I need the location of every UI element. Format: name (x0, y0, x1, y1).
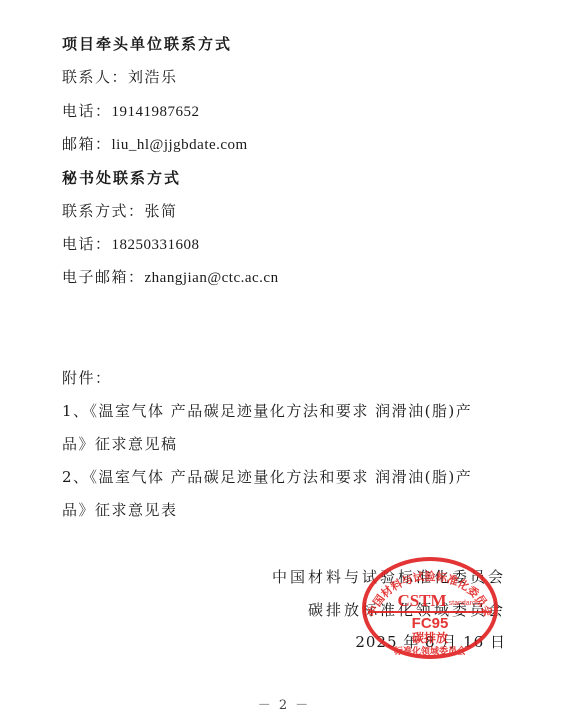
lead-contact-email-label: 邮箱： (62, 135, 112, 153)
secretariat-contact-phone-value: 18250331608 (112, 237, 200, 253)
attachment-2-line1: 2、《温室气体 产品碳足迹量化方法和要求 润滑油(脂)产 (62, 467, 472, 487)
attachment-1-line1: 1、《温室气体 产品碳足迹量化方法和要求 润滑油(脂)产 (62, 401, 472, 421)
lead-contact-email-value: liu_hl@jjgbdate.com (112, 137, 248, 153)
seal-bottom-text: 标准化领域委员会 (393, 645, 466, 657)
seal-brand-sub: standards (449, 600, 480, 607)
seal-code: FC95 (412, 615, 449, 632)
attachment-2-line2: 品》征求意见表 (62, 500, 178, 520)
attachment-1-line2: 品》征求意见稿 (62, 434, 178, 454)
official-seal-stamp: 中国材料与试验标准化委员会 CSTM standards FC95 碳排放 标准… (360, 556, 500, 660)
lead-contact-person: 联系人：刘浩乐 (62, 67, 178, 87)
secretariat-contact-person-value: 张简 (145, 202, 178, 220)
lead-contact-phone: 电话：19141987652 (62, 101, 200, 122)
lead-contact-phone-label: 电话： (62, 102, 112, 120)
lead-contact-person-label: 联系人： (62, 68, 128, 86)
secretariat-contact-person-label: 联系方式： (62, 202, 145, 220)
seal-brand: CSTM (397, 591, 446, 610)
attachments-heading: 附件： (62, 368, 112, 388)
secretariat-contact-heading: 秘书处联系方式 (62, 168, 181, 188)
lead-contact-person-value: 刘浩乐 (128, 68, 178, 86)
secretariat-contact-phone-label: 电话： (62, 235, 112, 253)
secretariat-contact-email: 电子邮箱：zhangjian@ctc.ac.cn (62, 267, 279, 288)
lead-contact-heading: 项目牵头单位联系方式 (62, 34, 232, 54)
lead-contact-email: 邮箱：liu_hl@jjgbdate.com (62, 134, 248, 155)
seal-name: 碳排放 (412, 630, 448, 645)
secretariat-contact-email-value: zhangjian@ctc.ac.cn (145, 270, 279, 286)
secretariat-contact-person: 联系方式：张简 (62, 201, 178, 221)
secretariat-contact-email-label: 电子邮箱： (62, 268, 145, 286)
lead-contact-phone-value: 19141987652 (112, 104, 200, 120)
page-number: － 2 － (0, 694, 568, 713)
secretariat-contact-phone: 电话：18250331608 (62, 234, 200, 255)
